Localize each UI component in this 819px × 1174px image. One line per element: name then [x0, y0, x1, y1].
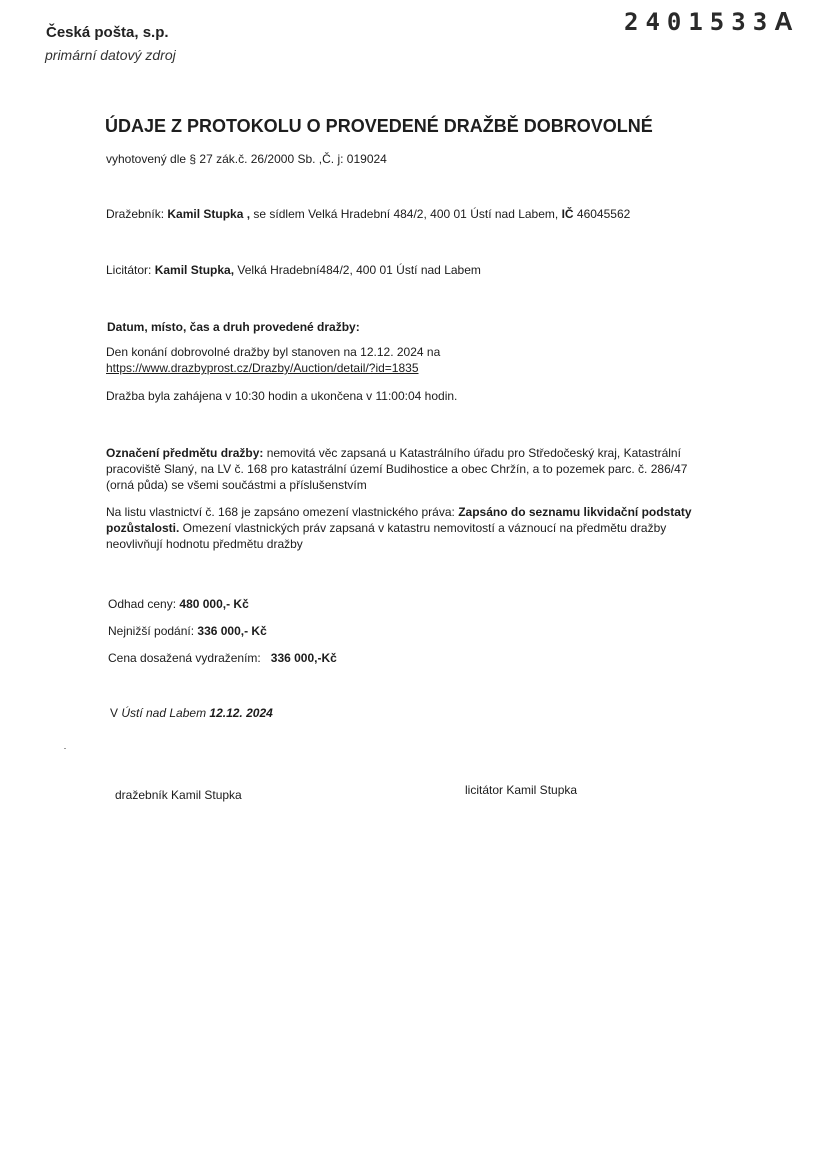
issuer-subtitle: primární datový zdroj	[45, 47, 176, 63]
document-number-suffix: A	[774, 6, 793, 36]
estimate-label: Odhad ceny:	[108, 597, 179, 611]
auction-time-line: Dražba byla zahájena v 10:30 hodin a uko…	[106, 389, 457, 403]
licitator-line: Licitátor: Kamil Stupka, Velká Hradební4…	[106, 263, 481, 277]
auction-url-line: https://www.drazbyprost.cz/Drazby/Auctio…	[106, 361, 419, 375]
lowest-bid-value: 336 000,- Kč	[197, 624, 266, 638]
subject-label: Označení předmětu dražby:	[106, 446, 263, 460]
scan-speck	[64, 748, 66, 749]
auctioneer-signature: dražebník Kamil Stupka	[115, 788, 242, 802]
document-number: 2401533A	[624, 6, 793, 37]
auctioneer-label: Dražebník:	[106, 207, 167, 221]
auction-date-line: Den konání dobrovolné dražby byl stanove…	[106, 345, 440, 359]
estimate-value: 480 000,- Kč	[179, 597, 248, 611]
restriction-text-2: Omezení vlastnických práv zapsaná v kata…	[106, 521, 666, 551]
licitator-label: Licitátor:	[106, 263, 155, 277]
document-number-digits: 2401533	[624, 8, 774, 36]
estimate-price-line: Odhad ceny: 480 000,- Kč	[108, 597, 249, 611]
document-subtitle: vyhotovený dle § 27 zák.č. 26/2000 Sb. ,…	[106, 152, 387, 166]
place-name: Ústí nad Labem	[121, 706, 209, 720]
auctioneer-name: Kamil Stupka ,	[167, 207, 250, 221]
auction-url-link[interactable]: https://www.drazbyprost.cz/Drazby/Auctio…	[106, 361, 419, 375]
subject-paragraph: Označení předmětu dražby: nemovitá věc z…	[106, 445, 716, 493]
licitator-signature: licitátor Kamil Stupka	[465, 783, 577, 797]
auctioneer-line: Dražebník: Kamil Stupka , se sídlem Velk…	[106, 207, 630, 221]
restriction-paragraph: Na listu vlastnictví č. 168 je zapsáno o…	[106, 504, 706, 552]
signing-date: 12.12. 2024	[209, 706, 272, 720]
achieved-price-value: 336 000,-Kč	[271, 651, 337, 665]
auctioneer-address: se sídlem Velká Hradební 484/2, 400 01 Ú…	[250, 207, 562, 221]
issuer-name: Česká pošta, s.p.	[46, 24, 169, 41]
date-section-heading: Datum, místo, čas a druh provedené dražb…	[107, 320, 360, 334]
licitator-name: Kamil Stupka,	[155, 263, 234, 277]
auctioneer-ic-label: IČ	[562, 207, 574, 221]
lowest-bid-label: Nejnižší podání:	[108, 624, 197, 638]
place-date-line: V Ústí nad Labem 12.12. 2024	[110, 706, 273, 720]
achieved-price-line: Cena dosažená vydražením: 336 000,-Kč	[108, 651, 337, 665]
restriction-text-1: Na listu vlastnictví č. 168 je zapsáno o…	[106, 505, 458, 519]
licitator-address: Velká Hradební484/2, 400 01 Ústí nad Lab…	[234, 263, 481, 277]
auctioneer-ic-value: 46045562	[574, 207, 631, 221]
achieved-price-label: Cena dosažená vydražením:	[108, 651, 271, 665]
lowest-bid-line: Nejnižší podání: 336 000,- Kč	[108, 624, 267, 638]
place-prefix: V	[110, 706, 121, 720]
document-title: ÚDAJE Z PROTOKOLU O PROVEDENÉ DRAŽBĚ DOB…	[105, 116, 653, 137]
